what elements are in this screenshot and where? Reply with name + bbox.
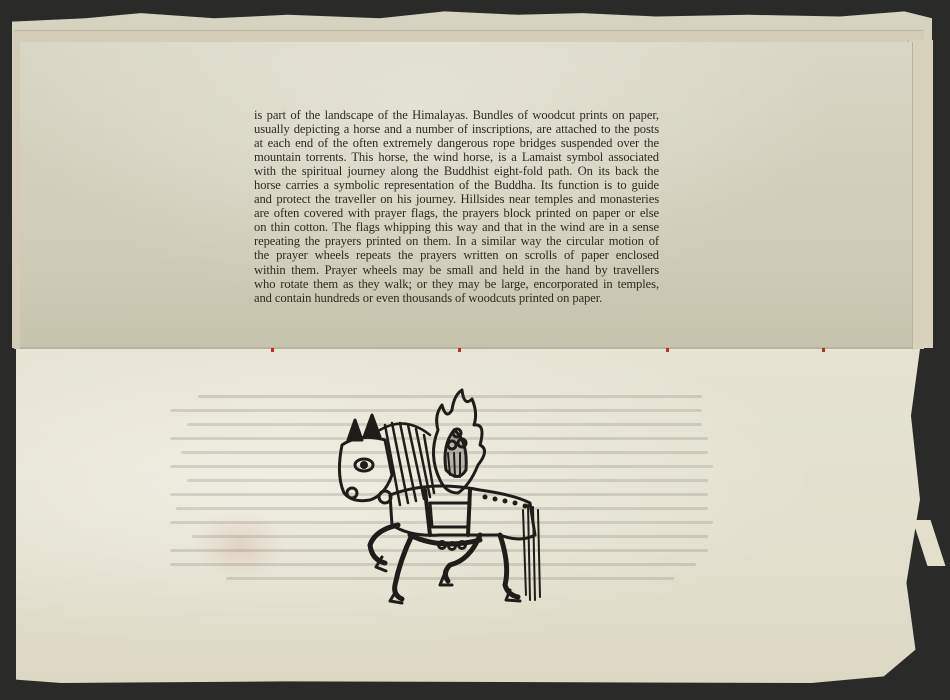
text-line: with the spiritual journey along the Bud… [254,164,659,178]
text-line: horse carries a symbolic representation … [254,178,659,192]
wind-horse-woodcut-illustration [330,385,545,615]
text-line: within them. Prayer wheels may be small … [254,263,659,277]
stitch-mark [271,348,274,352]
page-fold [20,347,912,349]
text-line: mountain torrents. This horse, the wind … [254,150,659,164]
text-line: and contain hundreds or even thousands o… [254,291,659,305]
paper-tab-flap [913,520,946,566]
text-line: the prayer wheels repeats the prayers wr… [254,248,659,262]
text-line: at each end of the often extremely dange… [254,136,659,150]
text-line: is part of the landscape of the Himalaya… [254,108,659,122]
text-line: repeating the prayers printed on them. I… [254,234,659,248]
body-paragraph: is part of the landscape of the Himalaya… [254,108,659,305]
stitch-mark [458,348,461,352]
text-line: usually depicting a horse and a number o… [254,122,659,136]
text-line: who rotate them as they walk; or they ma… [254,277,659,291]
text-line: on thin cotton. The flags whipping this … [254,220,659,234]
stitch-mark [666,348,669,352]
text-line: and protect the traveller on his journey… [254,192,659,206]
text-line: are often covered with prayer flags, the… [254,206,659,220]
stitch-mark [822,348,825,352]
